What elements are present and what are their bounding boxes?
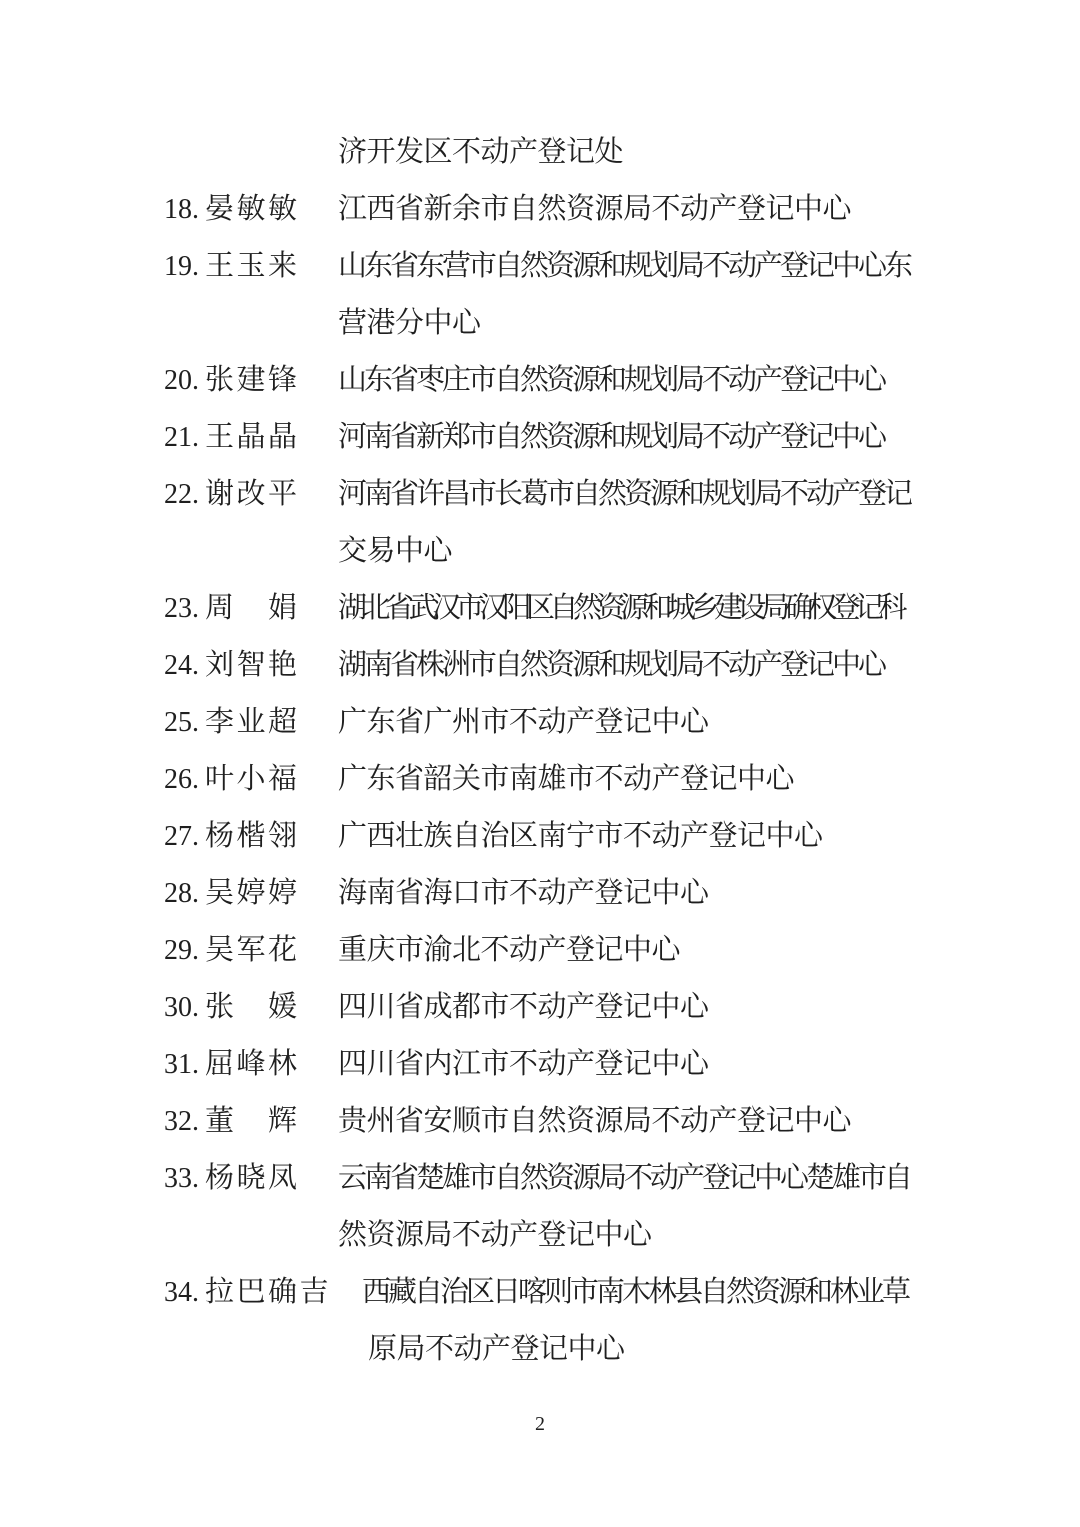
org-line: 重庆市渝北不动产登记中心 [338, 922, 1080, 979]
entry-name: 拉巴确吉 [205, 1276, 331, 1308]
org-line: 广东省韶关市南雄市不动产登记中心 [338, 751, 1080, 808]
entry-number: 33. [164, 1150, 205, 1207]
entry-row: 34.拉巴确吉 西藏自治区日喀则市南木林县自然资源和林业草原局不动产登记中心 [164, 1264, 1080, 1378]
entry-name: 屈峰林 [205, 1048, 300, 1080]
entries-container: 18.晏敏敏 江西省新余市自然资源局不动产登记中心 19.王玉来 山东省东营市自… [164, 181, 1080, 1378]
entry-name: 周 娟 [205, 592, 300, 624]
entry-number: 26. [164, 751, 205, 808]
org-line: 山东省东营市自然资源和规划局不动产登记中心东 [338, 238, 1080, 295]
entry-row: 27.杨楷翎 广西壮族自治区南宁市不动产登记中心 [164, 808, 1080, 865]
entry-number: 30. [164, 979, 205, 1036]
entry-head: 25.李业超 [164, 694, 300, 751]
entry-row: 33.杨晓凤 云南省楚雄市自然资源局不动产登记中心楚雄市自然资源局不动产登记中心 [164, 1150, 1080, 1264]
org-line: 广东省广州市不动产登记中心 [338, 694, 1080, 751]
entry-head: 33.杨晓凤 [164, 1150, 300, 1207]
entry-head: 26.叶小福 [164, 751, 300, 808]
org-line: 河南省新郑市自然资源和规划局不动产登记中心 [338, 409, 1080, 466]
entry-name: 晏敏敏 [205, 193, 300, 225]
entry-head: 28.吴婷婷 [164, 865, 300, 922]
org-line: 山东省枣庄市自然资源和规划局不动产登记中心 [338, 352, 1080, 409]
entry-head: 22.谢改平 [164, 466, 300, 523]
org-line: 贵州省安顺市自然资源局不动产登记中心 [338, 1093, 1080, 1150]
org-line: 湖北省武汉市汉阳区自然资源和城乡建设局确权登记科 [338, 580, 1080, 637]
entry-number: 32. [164, 1093, 205, 1150]
org-line: 原局不动产登记中心 [368, 1321, 1080, 1378]
org-line: 四川省成都市不动产登记中心 [338, 979, 1080, 1036]
entry-row: 28.吴婷婷 海南省海口市不动产登记中心 [164, 865, 1080, 922]
entry-name: 杨楷翎 [205, 820, 300, 852]
org-line: 然资源局不动产登记中心 [338, 1207, 1080, 1264]
entry-head: 30.张 媛 [164, 979, 300, 1036]
entry-head: 24.刘智艳 [164, 637, 300, 694]
entry-head: 31.屈峰林 [164, 1036, 300, 1093]
document-page: 济开发区不动产登记处 18.晏敏敏 江西省新余市自然资源局不动产登记中心 19.… [0, 0, 1080, 1527]
entry-row: 26.叶小福 广东省韶关市南雄市不动产登记中心 [164, 751, 1080, 808]
entry-name: 李业超 [205, 706, 300, 738]
org-line: 湖南省株洲市自然资源和规划局不动产登记中心 [338, 637, 1080, 694]
entry-row: 29.吴军花 重庆市渝北不动产登记中心 [164, 922, 1080, 979]
entry-name: 杨晓凤 [205, 1162, 300, 1194]
entry-name: 刘智艳 [205, 649, 300, 681]
entry-number: 20. [164, 352, 205, 409]
entry-name: 张 媛 [205, 991, 300, 1023]
entry-number: 18. [164, 181, 205, 238]
entry-number: 21. [164, 409, 205, 466]
org-line: 江西省新余市自然资源局不动产登记中心 [338, 181, 1080, 238]
entry-row: 20.张建锋 山东省枣庄市自然资源和规划局不动产登记中心 [164, 352, 1080, 409]
org-line: 广西壮族自治区南宁市不动产登记中心 [338, 808, 1080, 865]
entry-number: 25. [164, 694, 205, 751]
org-line: 营港分中心 [338, 295, 1080, 352]
entry-head: 27.杨楷翎 [164, 808, 300, 865]
entry-row: 19.王玉来 山东省东营市自然资源和规划局不动产登记中心东营港分中心 [164, 238, 1080, 352]
entry-head: 18.晏敏敏 [164, 181, 300, 238]
entry-head: 19.王玉来 [164, 238, 300, 295]
entry-name: 谢改平 [205, 478, 300, 510]
entry-list: 济开发区不动产登记处 18.晏敏敏 江西省新余市自然资源局不动产登记中心 19.… [0, 124, 1080, 1378]
entry-number: 24. [164, 637, 205, 694]
entry-head: 32.董 辉 [164, 1093, 300, 1150]
org-line: 海南省海口市不动产登记中心 [338, 865, 1080, 922]
entry-row: 25.李业超 广东省广州市不动产登记中心 [164, 694, 1080, 751]
entry-head: 29.吴军花 [164, 922, 300, 979]
continuation-line: 济开发区不动产登记处 [338, 124, 1080, 181]
entry-head: 21.王晶晶 [164, 409, 300, 466]
entry-number: 34. [164, 1264, 205, 1321]
org-line: 西藏自治区日喀则市南木林县自然资源和林业草 [362, 1264, 1080, 1321]
entry-head: 23.周 娟 [164, 580, 300, 637]
entry-head: 20.张建锋 [164, 352, 300, 409]
entry-number: 19. [164, 238, 205, 295]
org-line: 四川省内江市不动产登记中心 [338, 1036, 1080, 1093]
page-number: 2 [0, 1410, 1080, 1438]
org-line: 河南省许昌市长葛市自然资源和规划局不动产登记 [338, 466, 1080, 523]
entry-name: 吴军花 [205, 934, 300, 966]
org-line: 云南省楚雄市自然资源局不动产登记中心楚雄市自 [338, 1150, 1080, 1207]
org-line: 交易中心 [338, 523, 1080, 580]
entry-number: 23. [164, 580, 205, 637]
entry-head: 34.拉巴确吉 [164, 1264, 331, 1321]
entry-row: 21.王晶晶 河南省新郑市自然资源和规划局不动产登记中心 [164, 409, 1080, 466]
entry-row: 18.晏敏敏 江西省新余市自然资源局不动产登记中心 [164, 181, 1080, 238]
entry-row: 22.谢改平 河南省许昌市长葛市自然资源和规划局不动产登记交易中心 [164, 466, 1080, 580]
entry-name: 张建锋 [205, 364, 300, 396]
entry-name: 王玉来 [205, 250, 300, 282]
entry-row: 31.屈峰林 四川省内江市不动产登记中心 [164, 1036, 1080, 1093]
entry-number: 27. [164, 808, 205, 865]
entry-row: 24.刘智艳 湖南省株洲市自然资源和规划局不动产登记中心 [164, 637, 1080, 694]
entry-name: 叶小福 [205, 763, 300, 795]
entry-number: 22. [164, 466, 205, 523]
entry-number: 29. [164, 922, 205, 979]
entry-row: 23.周 娟 湖北省武汉市汉阳区自然资源和城乡建设局确权登记科 [164, 580, 1080, 637]
entry-number: 28. [164, 865, 205, 922]
entry-name: 吴婷婷 [205, 877, 300, 909]
entry-row: 30.张 媛 四川省成都市不动产登记中心 [164, 979, 1080, 1036]
entry-number: 31. [164, 1036, 205, 1093]
entry-name: 王晶晶 [205, 421, 300, 453]
entry-row: 32.董 辉 贵州省安顺市自然资源局不动产登记中心 [164, 1093, 1080, 1150]
entry-name: 董 辉 [205, 1105, 300, 1137]
